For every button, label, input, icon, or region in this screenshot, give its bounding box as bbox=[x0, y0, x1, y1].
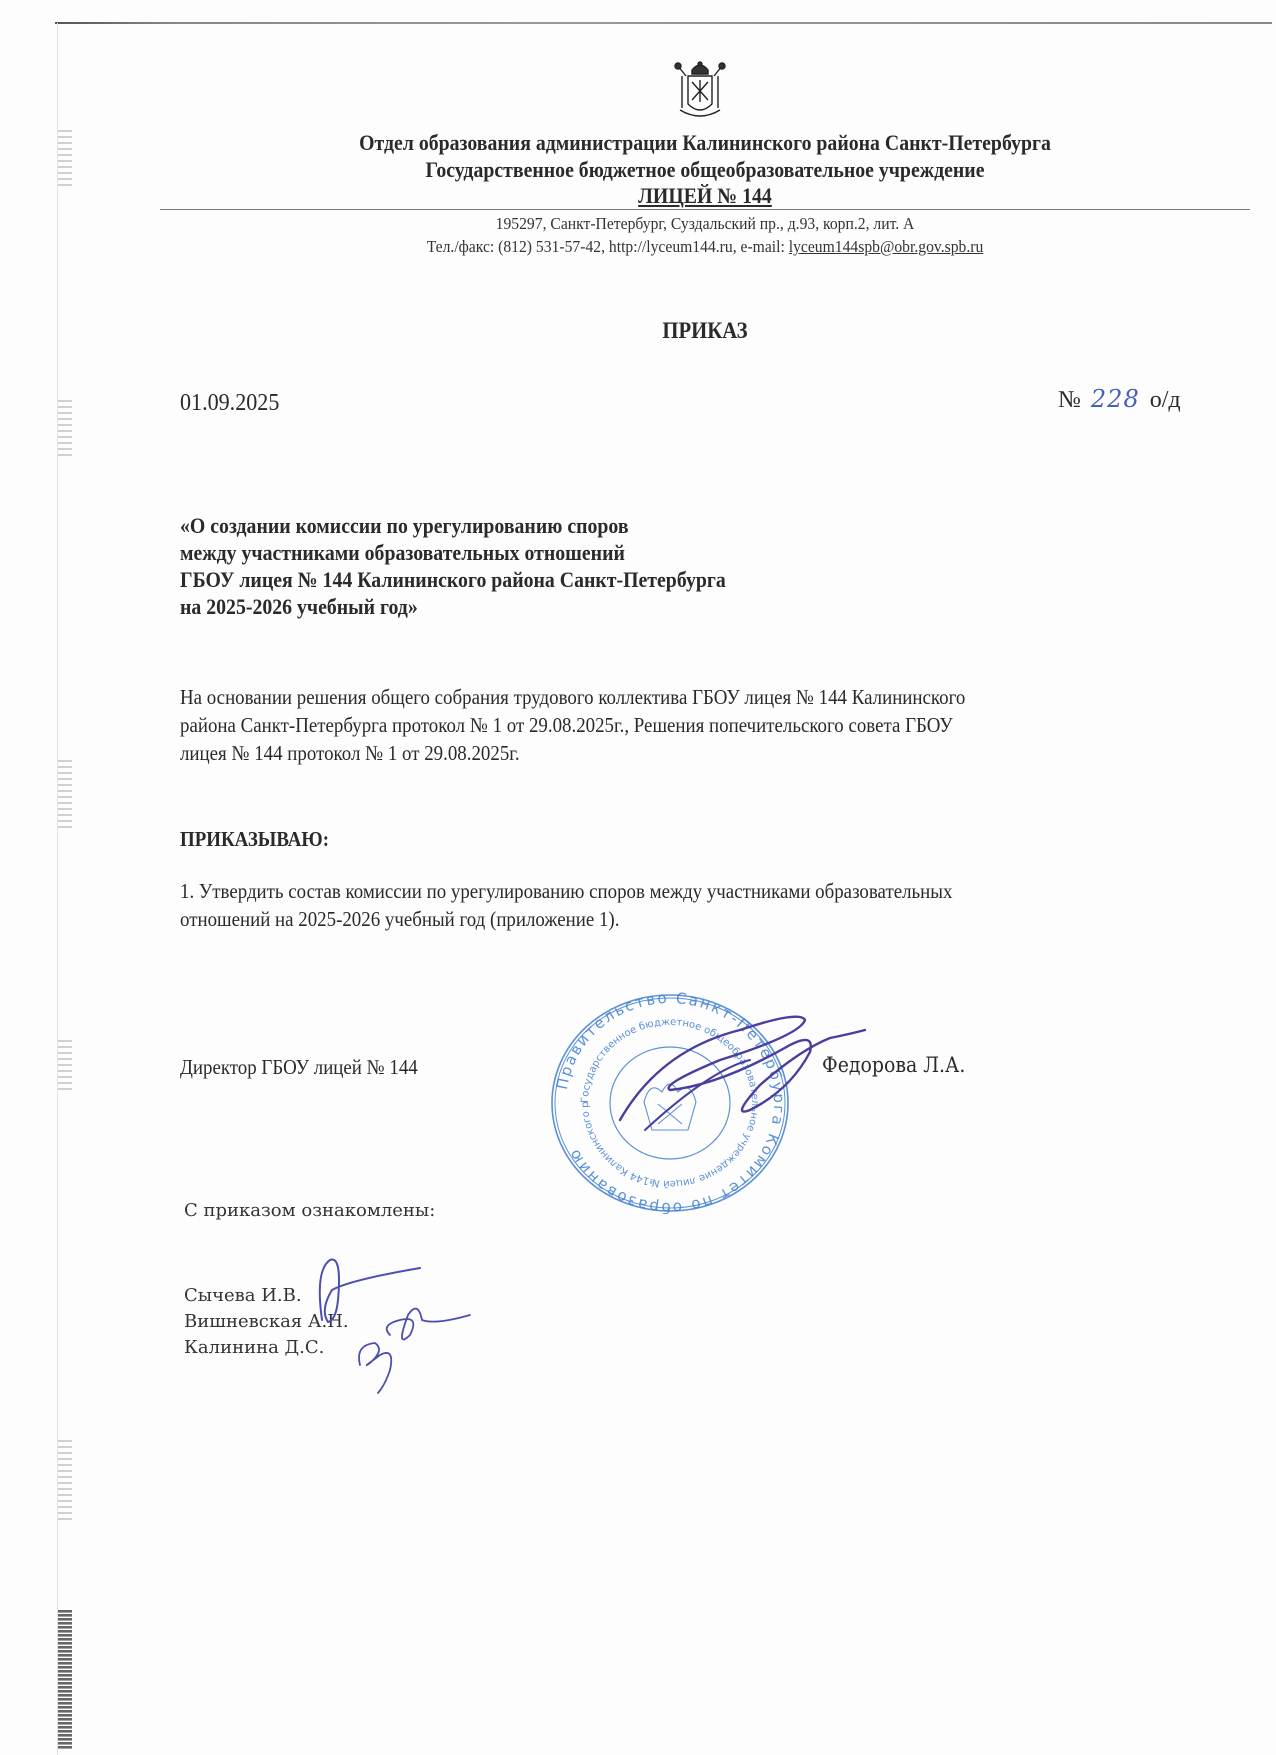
acknowledged-name: Калинина Д.С. bbox=[184, 1335, 349, 1361]
letterhead-divider bbox=[160, 209, 1250, 210]
order-item-1: 1. Утвердить состав комиссии по урегулир… bbox=[180, 877, 952, 933]
document-subject: «О создании комиссии по урегулированию с… bbox=[180, 512, 726, 620]
scan-noise bbox=[58, 400, 72, 460]
letterhead-line2: Государственное бюджетное общеобразовате… bbox=[215, 157, 1196, 183]
basis-line: района Санкт-Петербурга протокол № 1 от … bbox=[180, 711, 965, 739]
document-date: 01.09.2025 bbox=[180, 390, 279, 417]
subject-line: «О создании комиссии по урегулированию с… bbox=[180, 512, 726, 539]
item-line: 1. Утвердить состав комиссии по урегулир… bbox=[180, 877, 952, 905]
subject-line: ГБОУ лицея № 144 Калининского района Сан… bbox=[180, 566, 726, 593]
scan-noise bbox=[58, 1440, 72, 1520]
subject-line: между участниками образовательных отноше… bbox=[180, 539, 726, 566]
order-heading: ПРИКАЗЫВАЮ: bbox=[180, 827, 329, 852]
letterhead-contacts: Тел./факс: (812) 531-57-42, http://lyceu… bbox=[204, 237, 1207, 257]
subject-line: на 2025-2026 учебный год» bbox=[180, 593, 726, 620]
scan-noise bbox=[58, 1040, 72, 1090]
spb-coat-of-arms-icon bbox=[672, 60, 728, 124]
letterhead-org-name: ЛИЦЕЙ № 144 bbox=[215, 183, 1196, 209]
contacts-text: Тел./факс: (812) 531-57-42, http://lyceu… bbox=[427, 237, 789, 256]
director-name: Федорова Л.А. bbox=[822, 1053, 965, 1077]
basis-line: лицея № 144 протокол № 1 от 29.08.2025г. bbox=[180, 739, 965, 767]
scan-noise bbox=[58, 130, 72, 190]
scan-top-edge bbox=[55, 22, 1272, 24]
document-basis: На основании решения общего собрания тру… bbox=[180, 683, 965, 767]
handwritten-number: 228 bbox=[1091, 385, 1140, 413]
number-prefix: № bbox=[1058, 387, 1081, 413]
scan-noise bbox=[58, 760, 72, 830]
document-title: ПРИКАЗ bbox=[215, 318, 1196, 344]
email-link[interactable]: lyceum144spb@obr.gov.spb.ru bbox=[789, 237, 984, 256]
letterhead-line1: Отдел образования администрации Калининс… bbox=[215, 130, 1196, 156]
document-number: № 228 о/д bbox=[1058, 385, 1181, 414]
item-line: отношений на 2025-2026 учебный год (прил… bbox=[180, 905, 952, 933]
letterhead-address: 195297, Санкт-Петербург, Суздальский пр.… bbox=[204, 214, 1207, 234]
number-suffix: о/д bbox=[1150, 387, 1181, 413]
signature-kalinina bbox=[350, 1325, 410, 1395]
scan-noise bbox=[58, 1610, 72, 1750]
acknowledged-label: С приказом ознакомлены: bbox=[184, 1200, 435, 1221]
basis-line: На основании решения общего собрания тру… bbox=[180, 683, 965, 711]
director-position: Директор ГБОУ лицей № 144 bbox=[180, 1055, 418, 1080]
